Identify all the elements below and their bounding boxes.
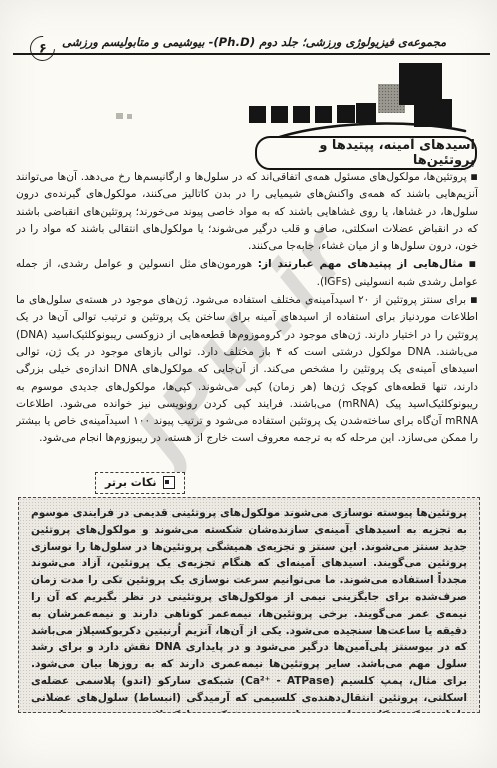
running-header-title: مجموعه‌ی فیزیولوژی ورزشی؛ جلد دوم (Ph.D)… <box>62 35 478 49</box>
note-box-text: پروتئین‌ها پیوسته نوسازی می‌شوند مولکول‌… <box>31 507 467 713</box>
square-bullet-icon: ■ <box>469 259 478 268</box>
square-bullet-icon: ■ <box>470 295 478 304</box>
decorative-square <box>249 106 266 123</box>
decorative-speck <box>127 114 132 119</box>
decorative-square <box>399 63 442 105</box>
paragraph-text: پروتئین‌ها، مولکول‌های مسئول همه‌ی اتفاق… <box>16 171 478 252</box>
bullet-paragraph: ■ پروتئین‌ها، مولکول‌های مسئول همه‌ی اتف… <box>16 168 478 255</box>
note-label-text: نکات برتر <box>105 476 157 489</box>
note-label-box: نکات برتر <box>95 472 185 494</box>
section-heading: اسیدهای آمینه، پپتیدها و پروتئین‌ها <box>257 138 475 168</box>
paragraph-text: برای سنتز پروتئین از ۲۰ اسیدآمینه‌ی مختل… <box>16 294 478 444</box>
header-rule <box>13 53 490 55</box>
paragraph-bold-lead: مثال‌هایی از پپتیدهای مهم عبارتند از: <box>258 258 463 270</box>
page-number-badge: ۶ <box>25 31 60 66</box>
body-text: ■ پروتئین‌ها، مولکول‌های مسئول همه‌ی اتف… <box>16 168 478 470</box>
note-box: پروتئین‌ها پیوسته نوسازی می‌شوند مولکول‌… <box>18 497 480 713</box>
decorative-speck <box>116 113 123 119</box>
bullet-paragraph: ■ برای سنتز پروتئین از ۲۰ اسیدآمینه‌ی مخ… <box>16 291 478 448</box>
square-bullet-icon: ■ <box>470 172 478 181</box>
section-heading-box: اسیدهای آمینه، پپتیدها و پروتئین‌ها <box>255 136 477 170</box>
book-page: ۶ مجموعه‌ی فیزیولوژی ورزشی؛ جلد دوم (Ph.… <box>0 0 497 768</box>
bullet-paragraph: ■ مثال‌هایی از پپتیدهای مهم عبارتند از: … <box>16 255 478 291</box>
note-icon <box>163 476 175 489</box>
